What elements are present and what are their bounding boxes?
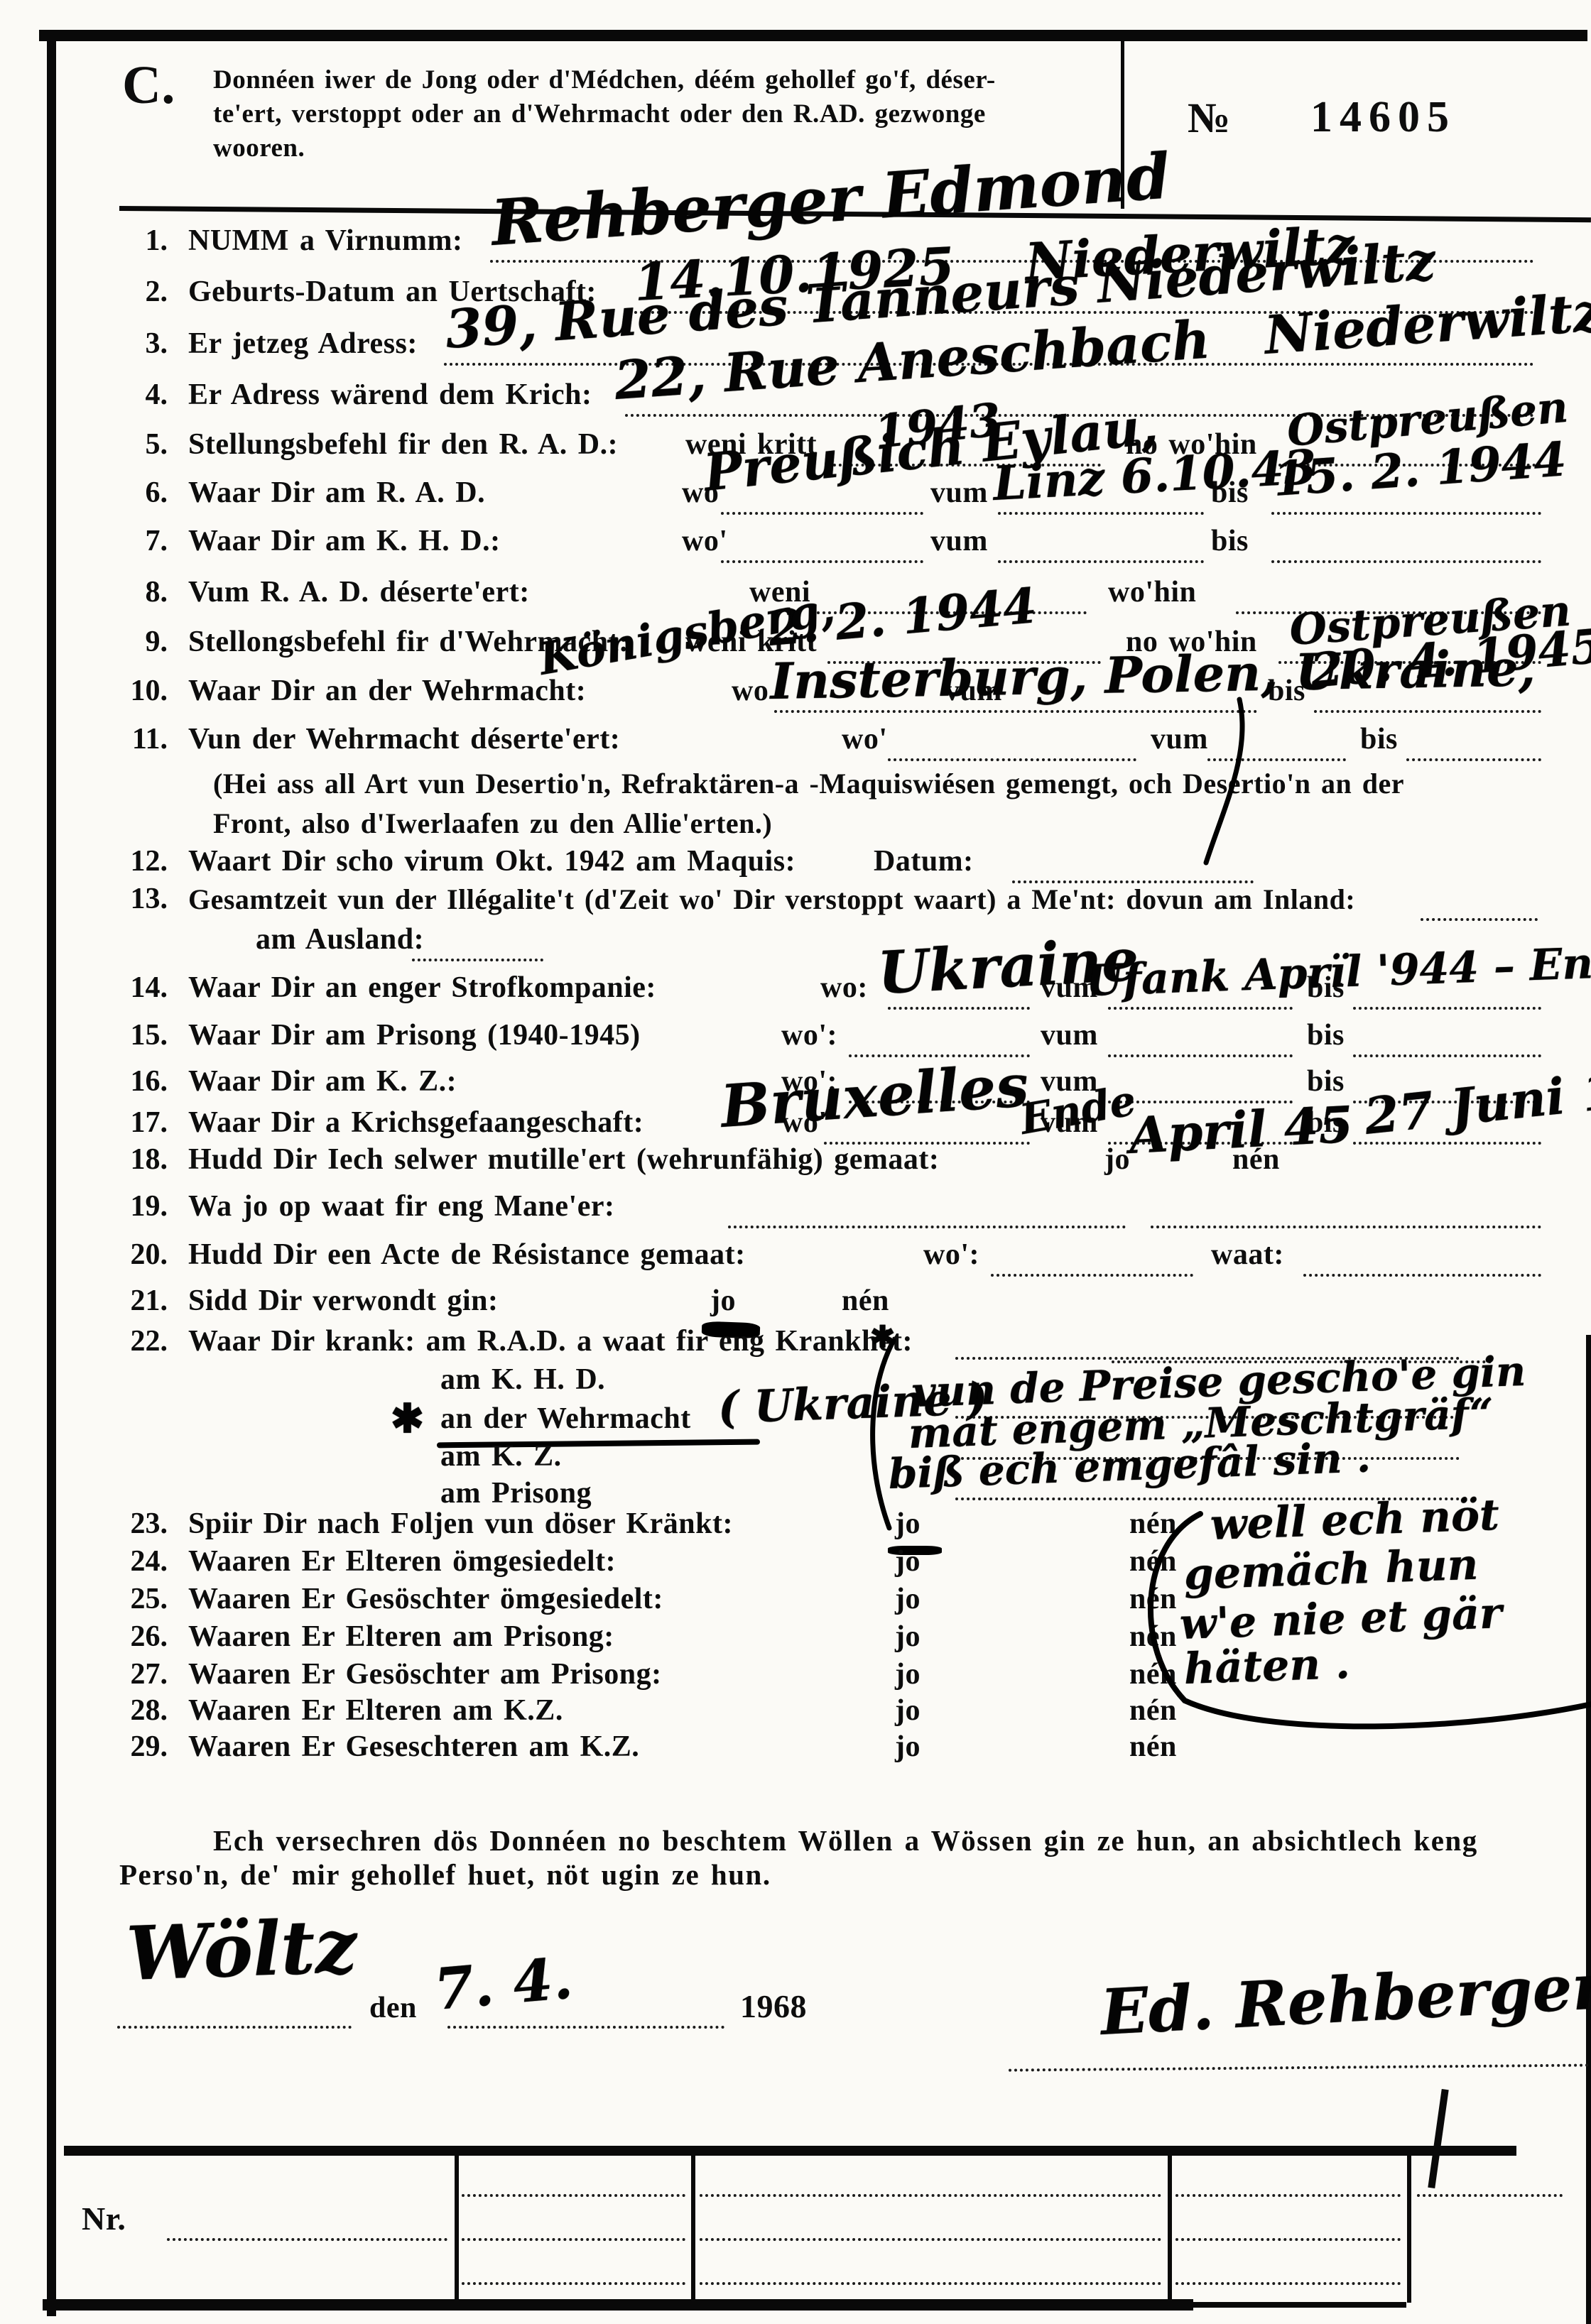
q6-label: Waar Dir am R. A. D. — [188, 478, 485, 508]
q3-label: Er jetzeg Adress: — [188, 329, 418, 359]
q22-star-mark-2: ✱ — [870, 1322, 895, 1352]
q4-number: 4. — [99, 380, 168, 410]
q24-label: Waaren Er Elteren ömgesiedelt: — [188, 1546, 616, 1576]
table-r3-c2-dots — [462, 2282, 685, 2285]
table-bottom-rule-thin — [1193, 2302, 1406, 2308]
q29-option-jo: jo — [895, 1732, 921, 1762]
q14-handwritten-period: Ufank Aprïl '944 – Enn Aprïl — [1085, 937, 1591, 1003]
q24-option-jo: jo — [895, 1546, 921, 1576]
q6-dots-3 — [1271, 512, 1541, 515]
q27-option-jo: jo — [895, 1659, 921, 1689]
q20-dots-1 — [991, 1274, 1193, 1277]
q24-option-nen: nén — [1129, 1546, 1177, 1576]
q29-label: Waaren Er Geseschteren am K.Z. — [188, 1732, 639, 1762]
q5-label: Stellungsbefehl fir den R. A. D.: — [188, 430, 618, 459]
den-label: den — [369, 1993, 417, 2023]
q20-label: Hudd Dir een Acte de Résistance gemaat: — [188, 1240, 746, 1270]
q16-field-bis: bis — [1307, 1066, 1345, 1096]
q12-field-datum: Datum: — [874, 846, 974, 876]
top-border-rule — [39, 30, 1587, 41]
handwritten-place: Wöltz — [125, 1909, 358, 1991]
q20-number: 20. — [99, 1240, 168, 1270]
table-vline-3 — [1168, 2150, 1172, 2303]
q28-option-jo: jo — [895, 1696, 921, 1725]
q20-field-waat: waat: — [1211, 1240, 1284, 1270]
table-r3-c4-dots — [1175, 2282, 1401, 2285]
q24-number: 24. — [99, 1546, 168, 1576]
q15-dots-2 — [1108, 1054, 1293, 1057]
q26-label: Waaren Er Elteren am Prisong: — [188, 1622, 614, 1652]
q18-number: 18. — [99, 1145, 168, 1174]
q15-dots-3 — [1353, 1054, 1541, 1057]
table-r1-c3-dots — [700, 2194, 1161, 2197]
q23-option-jo: jo — [895, 1509, 921, 1539]
left-border-rule — [47, 30, 56, 2316]
header-intro-line-1: Donnéen iwer de Jong oder d'Médchen, déé… — [213, 67, 996, 93]
q21-label: Sidd Dir verwondt gin: — [188, 1286, 498, 1316]
q10-number: 10. — [99, 676, 168, 706]
q25-number: 25. — [99, 1584, 168, 1614]
q12-label: Waart Dir scho virum Okt. 1942 am Maquis… — [188, 846, 795, 876]
q29-number: 29. — [99, 1732, 168, 1762]
q5-number: 5. — [99, 430, 168, 459]
q7-dots-1 — [721, 560, 923, 563]
table-r3-c3-dots — [700, 2282, 1161, 2285]
table-vline-1 — [455, 2150, 459, 2303]
q15-field-vum: vum — [1041, 1020, 1098, 1050]
table-c1-dots — [167, 2238, 447, 2241]
q21-option-nen: nén — [842, 1286, 889, 1316]
q27-option-nen: nén — [1129, 1659, 1177, 1689]
nr-label: Nr. — [82, 2203, 126, 2235]
place-line — [117, 2026, 352, 2029]
table-stray-stroke — [1428, 2089, 1448, 2188]
q22-label: Waar Dir krank: am R.A.D. a waat fir eng… — [188, 1326, 913, 1356]
q14-dots-1 — [888, 1007, 1030, 1010]
scanned-form-page: C. Donnéen iwer de Jong oder d'Médchen, … — [0, 0, 1591, 2324]
q22-sub-wehrmacht: an der Wehrmacht — [440, 1404, 691, 1434]
q10-dots-2 — [1314, 710, 1541, 713]
header-intro-line-3: wooren. — [213, 135, 305, 161]
declaration-line-2: Perso'n, de' mir gehollef huet, nöt ugin… — [119, 1860, 771, 1889]
q6-dots-2 — [998, 512, 1204, 515]
side-note-line-3: w'e nie et gär — [1179, 1592, 1503, 1646]
side-note-line-2: gemäch hun — [1183, 1544, 1479, 1596]
signature-line — [1009, 2063, 1591, 2071]
q19-dots-2 — [1151, 1226, 1541, 1228]
q11-dots-1 — [888, 758, 1136, 761]
q26-option-jo: jo — [895, 1622, 921, 1652]
table-vline-2 — [691, 2150, 695, 2303]
q23-number: 23. — [99, 1509, 168, 1539]
q12-number: 12. — [99, 846, 168, 876]
q22-star-mark: ✱ — [391, 1399, 424, 1439]
header-intro-line-2: te'ert, verstoppt oder an d'Wehrmacht od… — [213, 101, 986, 127]
q26-option-nen: nén — [1129, 1622, 1177, 1652]
q1-number: 1. — [99, 226, 168, 256]
table-vline-4 — [1407, 2150, 1411, 2303]
q6-dots-1 — [721, 512, 923, 515]
handwritten-signature: Ed. Rehberger — [1099, 1955, 1591, 2044]
q29-option-nen: nén — [1129, 1732, 1177, 1762]
q11-note-line-2: Front, also d'Iwerlaafen zu den Allie'er… — [213, 809, 772, 838]
date-line — [447, 2026, 724, 2029]
q23-option-nen: nén — [1129, 1509, 1177, 1539]
q23-label: Spiir Dir nach Foljen vun döser Kränkt: — [188, 1509, 733, 1539]
q11-note-line-1: (Hei ass all Art vun Desertio'n, Refrakt… — [213, 770, 1404, 798]
q18-option-jo: jo — [1104, 1145, 1130, 1174]
right-scan-edge — [1586, 1335, 1591, 2324]
q16-label: Waar Dir am K. Z.: — [188, 1066, 457, 1096]
q7-field-wo: wo' — [682, 526, 728, 556]
q25-option-nen: nén — [1129, 1584, 1177, 1614]
q11-dots-2 — [1207, 758, 1346, 761]
q17-label: Waar Dir a Krichsgefaangeschaft: — [188, 1108, 644, 1138]
q8-label: Vum R. A. D. déserte'ert: — [188, 577, 530, 607]
q17-handwritten-from-word: Ende — [1017, 1079, 1139, 1140]
q19-dots-1 — [728, 1226, 1126, 1228]
table-r2-c2-dots — [462, 2238, 685, 2241]
table-r2-c4-dots — [1175, 2238, 1401, 2241]
q22-sub-khd: am K. H. D. — [440, 1365, 605, 1395]
handwritten-date: 7. 4. — [432, 1949, 575, 2018]
year-value: 1968 — [740, 1990, 807, 2023]
q19-number: 19. — [99, 1191, 168, 1221]
q27-number: 27. — [99, 1659, 168, 1689]
q8-number: 8. — [99, 577, 168, 607]
q26-number: 26. — [99, 1622, 168, 1652]
declaration-line-1: Ech versechren dös Donnéen no beschtem W… — [213, 1826, 1478, 1855]
q11-field-vum: vum — [1151, 724, 1208, 754]
q18-label: Hudd Dir Iech selwer mutille'ert (wehrun… — [188, 1145, 939, 1174]
q13-line2-label: am Ausland: — [256, 924, 424, 954]
table-r2-c3-dots — [700, 2238, 1161, 2241]
q11-number: 11. — [99, 724, 168, 754]
q9-number: 9. — [99, 627, 168, 657]
q7-field-vum: vum — [930, 526, 988, 556]
q13-number: 13. — [99, 884, 168, 914]
q11-field-wo: wo' — [842, 724, 888, 754]
q14-dots-3 — [1353, 1007, 1541, 1010]
q28-label: Waaren Er Elteren am K.Z. — [188, 1696, 563, 1725]
q11-field-bis: bis — [1360, 724, 1398, 754]
q16-number: 16. — [99, 1066, 168, 1096]
q28-option-nen: nén — [1129, 1696, 1177, 1725]
table-r1-c2-dots — [462, 2194, 685, 2197]
q10-dots-1 — [774, 710, 1257, 713]
q21-number: 21. — [99, 1286, 168, 1316]
q20-field-wo: wo': — [923, 1240, 979, 1270]
q8-field-wohin: wo'hin — [1108, 577, 1196, 607]
q4-label: Er Adress wärend dem Krich: — [188, 380, 592, 410]
q15-field-wo: wo': — [781, 1020, 837, 1050]
q2-number: 2. — [99, 277, 168, 307]
q25-label: Waaren Er Gesöschter ömgesiedelt: — [188, 1584, 663, 1614]
q17-handwritten-until: 27 Juni 1945 — [1362, 1055, 1591, 1142]
q17-number: 17. — [99, 1108, 168, 1138]
q15-label: Waar Dir am Prisong (1940-1945) — [188, 1020, 641, 1050]
q28-number: 28. — [99, 1696, 168, 1725]
q11-label: Vun der Wehrmacht déserte'ert: — [188, 724, 620, 754]
q14-number: 14. — [99, 973, 168, 1003]
q18-option-nen: nén — [1232, 1145, 1280, 1174]
q6-handwritten-from: Linz 6.10.43 — [992, 443, 1318, 507]
q6-field-vum: vum — [930, 478, 988, 508]
table-top-rule — [64, 2146, 1516, 2156]
q22-sub-kz: am K. Z. — [440, 1441, 562, 1471]
q15-number: 15. — [99, 1020, 168, 1050]
table-bottom-rule — [43, 2299, 1193, 2311]
form-number-value: 14605 — [1310, 95, 1456, 139]
q14-field-wo: wo: — [820, 973, 868, 1003]
q21-option-jo: jo — [710, 1286, 736, 1316]
side-note-line-4: häten . — [1183, 1642, 1351, 1691]
q7-number: 7. — [99, 526, 168, 556]
q7-label: Waar Dir am K. H. D.: — [188, 526, 501, 556]
q6-number: 6. — [99, 478, 168, 508]
q25-option-jo: jo — [895, 1584, 921, 1614]
q13-label: Gesamtzeit vun der Illégalite't (d'Zeit … — [188, 885, 1355, 914]
q14-dots-2 — [1108, 1007, 1293, 1010]
q3-number: 3. — [99, 329, 168, 359]
q17-handwritten-place: Bruxelles — [719, 1057, 1030, 1136]
q15-field-bis: bis — [1307, 1020, 1345, 1050]
q22-number: 22. — [99, 1326, 168, 1356]
q19-label: Wa jo op waat fir eng Mane'er: — [188, 1191, 614, 1221]
q27-label: Waaren Er Gesöschter am Prisong: — [188, 1659, 662, 1689]
side-note-line-1: well ech nöt — [1210, 1494, 1500, 1546]
q20-dots-2 — [1303, 1274, 1541, 1277]
q7-field-bis: bis — [1211, 526, 1249, 556]
table-r1-c5-dots — [1417, 2194, 1563, 2197]
q7-dots-3 — [1271, 560, 1541, 563]
q1-label: NUMM a Virnumm: — [188, 226, 462, 256]
q7-dots-2 — [998, 560, 1204, 563]
q11-dots-3 — [1406, 758, 1541, 761]
q14-label: Waar Dir an enger Strofkompanie: — [188, 973, 656, 1003]
q10-field-wo: wo — [732, 676, 769, 706]
q10-label: Waar Dir an der Wehrmacht: — [188, 676, 586, 706]
q13-dots-1 — [1421, 918, 1538, 921]
form-number-sign: № — [1188, 97, 1231, 139]
table-r1-c4-dots — [1175, 2194, 1401, 2197]
q13-dots-2 — [412, 959, 543, 961]
q22-sub-prisong: am Prisong — [440, 1478, 592, 1508]
section-letter: C. — [122, 58, 175, 112]
